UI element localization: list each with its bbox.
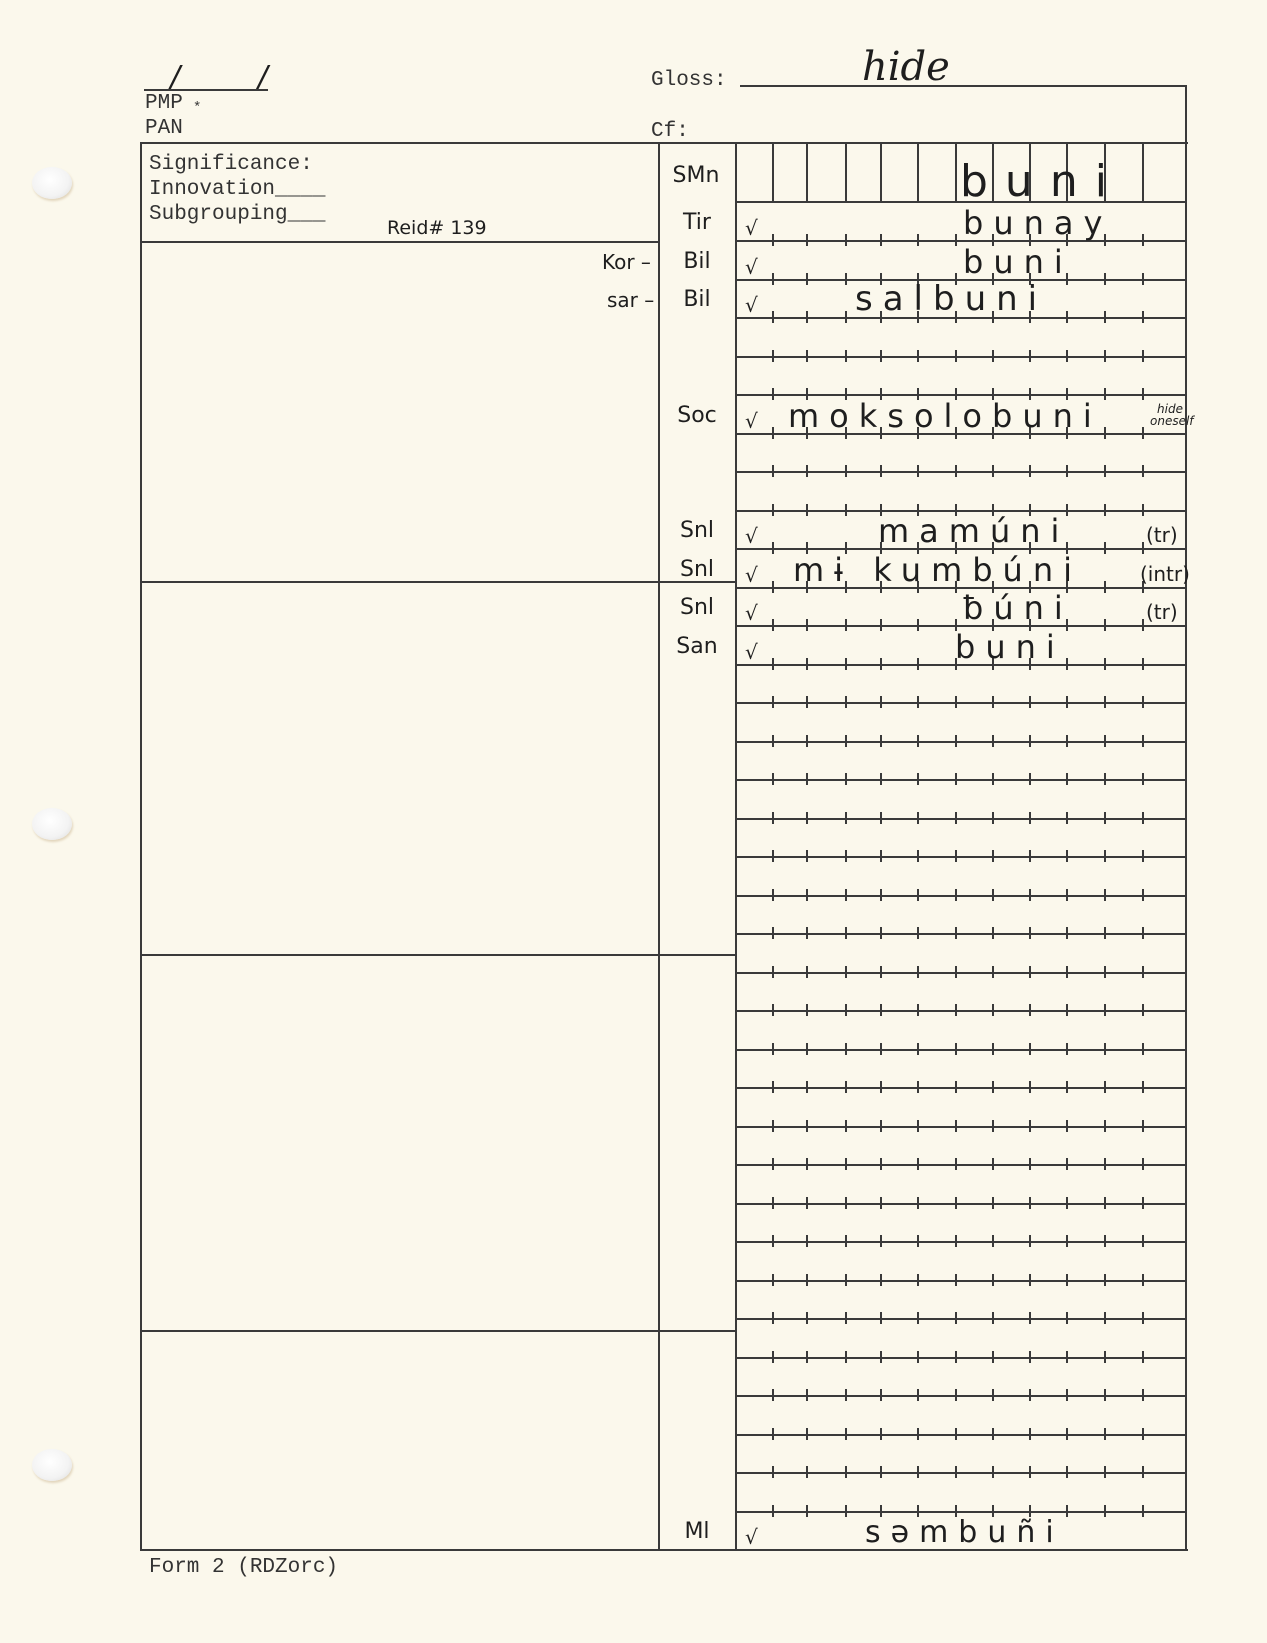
smn-cell-divider bbox=[917, 142, 919, 202]
grid-tick bbox=[917, 889, 919, 901]
grid-tick bbox=[772, 1274, 774, 1286]
grid-tick bbox=[1104, 388, 1106, 400]
grid-tick bbox=[880, 696, 882, 708]
grid-tick bbox=[1142, 1235, 1144, 1247]
grid-tick bbox=[772, 1312, 774, 1324]
grid-tick bbox=[917, 1081, 919, 1093]
grid-tick bbox=[772, 504, 774, 516]
grid-line bbox=[736, 1203, 1186, 1205]
hole-punch-middle bbox=[32, 808, 72, 840]
grid-tick bbox=[917, 735, 919, 747]
grid-tick bbox=[880, 658, 882, 670]
grid-tick bbox=[1029, 1004, 1031, 1016]
grid-line bbox=[736, 625, 1186, 627]
grid-tick bbox=[992, 350, 994, 362]
grid-line bbox=[736, 1049, 1186, 1051]
grid-line bbox=[736, 895, 1186, 897]
grid-tick bbox=[1142, 1004, 1144, 1016]
grid-tick bbox=[1104, 1158, 1106, 1170]
grid-tick bbox=[1142, 1505, 1144, 1517]
form-footer: Form 2 (RDZorc) bbox=[149, 1557, 338, 1578]
grid-line bbox=[736, 1434, 1186, 1436]
grid-tick bbox=[806, 273, 808, 285]
grid-tick bbox=[1029, 966, 1031, 978]
grid-tick bbox=[955, 1081, 957, 1093]
pan-label: PAN bbox=[145, 118, 183, 139]
grid-tick bbox=[1104, 350, 1106, 362]
significance-label: Significance: bbox=[149, 154, 313, 175]
reid-reference: Reid# 139 bbox=[387, 217, 487, 239]
grid-tick bbox=[772, 234, 774, 246]
grid-tick bbox=[806, 504, 808, 516]
grid-tick bbox=[1104, 889, 1106, 901]
grid-tick bbox=[880, 1351, 882, 1363]
grid-tick bbox=[1066, 1389, 1068, 1401]
grid-tick bbox=[1104, 1120, 1106, 1132]
grid-tick bbox=[917, 850, 919, 862]
grid-tick bbox=[1029, 1197, 1031, 1209]
grid-tick bbox=[992, 1312, 994, 1324]
grid-tick bbox=[880, 1120, 882, 1132]
grid-tick bbox=[1142, 773, 1144, 785]
grid-tick bbox=[772, 966, 774, 978]
row-label-language: Tir bbox=[662, 210, 732, 235]
grid-tick bbox=[1104, 619, 1106, 631]
grid-tick bbox=[772, 1389, 774, 1401]
grid-tick bbox=[992, 1428, 994, 1440]
grid-tick bbox=[917, 465, 919, 477]
grid-tick bbox=[772, 850, 774, 862]
grid-tick bbox=[992, 696, 994, 708]
grid-tick bbox=[1142, 1081, 1144, 1093]
grid-tick bbox=[845, 1312, 847, 1324]
grid-tick bbox=[1066, 1235, 1068, 1247]
grid-tick bbox=[845, 966, 847, 978]
grid-tick bbox=[772, 1428, 774, 1440]
grid-line bbox=[736, 240, 1186, 242]
row-label-language: Ml bbox=[662, 1519, 732, 1544]
date-underline bbox=[144, 89, 268, 91]
grid-tick bbox=[1142, 465, 1144, 477]
grid-tick bbox=[1142, 1120, 1144, 1132]
grid-tick bbox=[845, 889, 847, 901]
grid-line bbox=[736, 394, 1186, 396]
grid-tick bbox=[772, 1004, 774, 1016]
label-column-left-border bbox=[658, 142, 660, 1551]
grid-tick bbox=[1029, 465, 1031, 477]
grid-tick bbox=[1104, 1351, 1106, 1363]
grid-tick bbox=[1066, 889, 1068, 901]
grid-tick bbox=[917, 1004, 919, 1016]
grid-tick bbox=[1142, 812, 1144, 824]
grid-tick bbox=[1104, 1043, 1106, 1055]
grid-tick bbox=[917, 1351, 919, 1363]
grid-tick bbox=[917, 927, 919, 939]
row-prefix-dialect: sar – bbox=[607, 288, 654, 312]
grid-tick bbox=[806, 234, 808, 246]
grid-tick bbox=[1104, 1274, 1106, 1286]
grid-tick bbox=[845, 1466, 847, 1478]
grid-tick bbox=[772, 1505, 774, 1517]
grid-tick bbox=[845, 1274, 847, 1286]
grid-tick bbox=[992, 773, 994, 785]
grid-line bbox=[736, 933, 1186, 935]
hole-punch-bottom bbox=[32, 1449, 72, 1481]
grid-tick bbox=[917, 773, 919, 785]
grid-line bbox=[736, 1241, 1186, 1243]
grid-tick bbox=[880, 1158, 882, 1170]
grid-tick bbox=[880, 1004, 882, 1016]
grid-tick bbox=[806, 1351, 808, 1363]
section-divider-2 bbox=[140, 954, 736, 956]
grid-tick bbox=[955, 1351, 957, 1363]
grid-tick bbox=[1029, 1351, 1031, 1363]
grid-tick bbox=[992, 1389, 994, 1401]
grid-tick bbox=[1029, 1235, 1031, 1247]
grid-tick bbox=[1142, 542, 1144, 554]
grid-tick bbox=[806, 1389, 808, 1401]
grid-tick bbox=[880, 234, 882, 246]
grid-tick bbox=[1142, 1428, 1144, 1440]
grid-tick bbox=[1066, 850, 1068, 862]
grid-tick bbox=[1066, 658, 1068, 670]
grid-line bbox=[736, 356, 1186, 358]
reflex-form: ƀúni bbox=[963, 589, 1073, 627]
grid-tick bbox=[845, 465, 847, 477]
grid-tick bbox=[772, 427, 774, 439]
grid-tick bbox=[772, 465, 774, 477]
section-divider-1 bbox=[140, 581, 736, 583]
row-label-language: Bil bbox=[662, 287, 732, 312]
smn-cell-divider bbox=[845, 142, 847, 202]
grid-tick bbox=[845, 1043, 847, 1055]
grid-tick bbox=[992, 1043, 994, 1055]
grid-tick bbox=[772, 658, 774, 670]
grid-tick bbox=[1066, 1312, 1068, 1324]
grid-tick bbox=[917, 1197, 919, 1209]
grid-tick bbox=[1066, 735, 1068, 747]
grid-tick bbox=[1029, 773, 1031, 785]
grid-line bbox=[736, 779, 1186, 781]
grid-tick bbox=[806, 1081, 808, 1093]
grid-tick bbox=[1104, 1197, 1106, 1209]
grid-tick bbox=[1142, 889, 1144, 901]
grid-tick bbox=[1104, 1312, 1106, 1324]
grid-tick bbox=[917, 1235, 919, 1247]
smn-cell-divider bbox=[955, 142, 957, 202]
grid-tick bbox=[880, 1043, 882, 1055]
grid-tick bbox=[1066, 1428, 1068, 1440]
grid-tick bbox=[772, 812, 774, 824]
grid-tick bbox=[955, 465, 957, 477]
grid-tick bbox=[1142, 735, 1144, 747]
row-prefix-dialect: Kor – bbox=[602, 250, 651, 274]
reflex-form: səmbuñi bbox=[865, 1515, 1064, 1550]
grid-tick bbox=[772, 350, 774, 362]
row-label-language: Snl bbox=[662, 595, 732, 620]
grid-tick bbox=[1104, 273, 1106, 285]
grid-tick bbox=[992, 1235, 994, 1247]
grid-tick bbox=[806, 619, 808, 631]
grid-tick bbox=[880, 1312, 882, 1324]
table-top-border bbox=[140, 142, 1188, 144]
grid-tick bbox=[1104, 812, 1106, 824]
grid-tick bbox=[845, 1120, 847, 1132]
grid-tick bbox=[1029, 850, 1031, 862]
grid-tick bbox=[992, 812, 994, 824]
smn-cell-divider bbox=[1142, 142, 1144, 202]
grid-tick bbox=[1142, 1351, 1144, 1363]
pmp-star: * bbox=[193, 101, 201, 115]
smn-cell-divider bbox=[880, 142, 882, 202]
grid-tick bbox=[806, 696, 808, 708]
grid-tick bbox=[992, 966, 994, 978]
grid-tick bbox=[845, 1389, 847, 1401]
row-label-smn: SMn bbox=[661, 163, 731, 188]
grid-tick bbox=[955, 889, 957, 901]
grid-tick bbox=[806, 773, 808, 785]
innovation-label: Innovation____ bbox=[149, 179, 325, 200]
grid-tick bbox=[845, 1004, 847, 1016]
grid-tick bbox=[1104, 1505, 1106, 1517]
grid-tick bbox=[806, 1466, 808, 1478]
grid-tick bbox=[806, 1158, 808, 1170]
section-divider-3 bbox=[140, 1330, 736, 1332]
grid-tick bbox=[1142, 1389, 1144, 1401]
grid-tick bbox=[772, 581, 774, 593]
grid-tick bbox=[1066, 350, 1068, 362]
grid-tick bbox=[1142, 1158, 1144, 1170]
grid-line bbox=[736, 1395, 1186, 1397]
grid-tick bbox=[917, 1120, 919, 1132]
grid-tick bbox=[1104, 311, 1106, 323]
grid-tick bbox=[806, 812, 808, 824]
reflex-form: mamúni bbox=[878, 512, 1069, 550]
grid-tick bbox=[917, 1389, 919, 1401]
grid-tick bbox=[1142, 966, 1144, 978]
grid-tick bbox=[772, 1197, 774, 1209]
grid-tick bbox=[845, 812, 847, 824]
grid-line bbox=[736, 1472, 1186, 1474]
grid-tick bbox=[1066, 1158, 1068, 1170]
grid-tick bbox=[955, 1274, 957, 1286]
grid-tick bbox=[806, 658, 808, 670]
row-label-language: Soc bbox=[662, 403, 732, 428]
grid-tick bbox=[992, 927, 994, 939]
grid-tick bbox=[955, 812, 957, 824]
grid-tick bbox=[1104, 1466, 1106, 1478]
grid-line bbox=[736, 1087, 1186, 1089]
grid-line bbox=[736, 1318, 1186, 1320]
grid-tick bbox=[772, 735, 774, 747]
checkmark: √ bbox=[745, 293, 758, 317]
grid-tick bbox=[1066, 966, 1068, 978]
grid-tick bbox=[1142, 388, 1144, 400]
grid-line bbox=[736, 818, 1186, 820]
grid-line bbox=[736, 471, 1186, 473]
grid-tick bbox=[845, 735, 847, 747]
grid-tick bbox=[1029, 1389, 1031, 1401]
grid-tick bbox=[992, 889, 994, 901]
grid-tick bbox=[1066, 773, 1068, 785]
gloss-value: hide bbox=[862, 44, 950, 90]
grid-tick bbox=[917, 234, 919, 246]
grid-tick bbox=[917, 1274, 919, 1286]
grid-tick bbox=[992, 850, 994, 862]
reflex-form: salbuni bbox=[855, 279, 1047, 319]
grid-tick bbox=[880, 350, 882, 362]
grid-tick bbox=[1029, 812, 1031, 824]
smn-cell-divider bbox=[772, 142, 774, 202]
grid-line bbox=[736, 702, 1186, 704]
grid-tick bbox=[880, 927, 882, 939]
grid-tick bbox=[772, 696, 774, 708]
grid-tick bbox=[806, 1120, 808, 1132]
grid-tick bbox=[806, 1043, 808, 1055]
grid-tick bbox=[1142, 273, 1144, 285]
grid-tick bbox=[917, 812, 919, 824]
hole-punch-top bbox=[32, 167, 72, 199]
reflex-form: mɨ kumbúni bbox=[793, 551, 1082, 589]
grid-tick bbox=[1104, 542, 1106, 554]
grid-tick bbox=[1029, 1158, 1031, 1170]
grid-tick bbox=[955, 966, 957, 978]
reflex-form: bunay bbox=[963, 204, 1112, 242]
grid-tick bbox=[845, 504, 847, 516]
grid-tick bbox=[917, 1158, 919, 1170]
grid-tick bbox=[772, 619, 774, 631]
grid-tick bbox=[1029, 1274, 1031, 1286]
grid-tick bbox=[1104, 1235, 1106, 1247]
grid-line bbox=[736, 972, 1186, 974]
grid-tick bbox=[992, 1274, 994, 1286]
grid-tick bbox=[1104, 1428, 1106, 1440]
checkmark: √ bbox=[745, 255, 758, 279]
gloss-label: Gloss: bbox=[651, 70, 727, 91]
grid-line bbox=[736, 856, 1186, 858]
grid-tick bbox=[1104, 850, 1106, 862]
grid-tick bbox=[955, 927, 957, 939]
grid-tick bbox=[806, 1235, 808, 1247]
grid-tick bbox=[880, 1197, 882, 1209]
checkmark: √ bbox=[745, 409, 758, 433]
grid-tick bbox=[955, 850, 957, 862]
reflex-form: buni bbox=[955, 628, 1065, 666]
grid-tick bbox=[1029, 1466, 1031, 1478]
grid-tick bbox=[772, 1120, 774, 1132]
grid-line bbox=[736, 1164, 1186, 1166]
grid-tick bbox=[1066, 1274, 1068, 1286]
grid-tick bbox=[1029, 1081, 1031, 1093]
grid-tick bbox=[1142, 427, 1144, 439]
grid-tick bbox=[1029, 735, 1031, 747]
grid-tick bbox=[1104, 427, 1106, 439]
grid-tick bbox=[845, 350, 847, 362]
grid-tick bbox=[1142, 850, 1144, 862]
grid-tick bbox=[845, 658, 847, 670]
grid-tick bbox=[1066, 1351, 1068, 1363]
grid-tick bbox=[1142, 1043, 1144, 1055]
grid-tick bbox=[1142, 927, 1144, 939]
grid-tick bbox=[992, 1158, 994, 1170]
grid-tick bbox=[1142, 350, 1144, 362]
grid-line bbox=[736, 1280, 1186, 1282]
grid-tick bbox=[772, 1466, 774, 1478]
grid-tick bbox=[1066, 1004, 1068, 1016]
smn-cell-divider bbox=[806, 142, 808, 202]
grid-tick bbox=[1029, 1043, 1031, 1055]
grid-tick bbox=[1142, 311, 1144, 323]
grid-tick bbox=[806, 735, 808, 747]
grid-tick bbox=[880, 889, 882, 901]
grid-tick bbox=[917, 658, 919, 670]
grid-tick bbox=[955, 1120, 957, 1132]
pmp-label: PMP bbox=[145, 93, 183, 114]
grid-tick bbox=[880, 1235, 882, 1247]
grid-tick bbox=[1104, 1004, 1106, 1016]
grid-tick bbox=[1066, 1081, 1068, 1093]
grid-tick bbox=[880, 1081, 882, 1093]
grid-tick bbox=[955, 1428, 957, 1440]
grid-tick bbox=[1104, 658, 1106, 670]
grid-tick bbox=[806, 311, 808, 323]
cf-label: Cf: bbox=[651, 121, 689, 142]
grid-tick bbox=[955, 1158, 957, 1170]
row-label-language: Snl bbox=[662, 518, 732, 543]
grid-tick bbox=[880, 1428, 882, 1440]
grid-tick bbox=[1104, 1389, 1106, 1401]
grid-tick bbox=[845, 1081, 847, 1093]
grid-line bbox=[736, 1126, 1186, 1128]
grid-tick bbox=[1104, 927, 1106, 939]
row-label-language: San bbox=[662, 634, 732, 659]
grid-tick bbox=[880, 465, 882, 477]
grid-tick bbox=[992, 465, 994, 477]
grid-tick bbox=[955, 1312, 957, 1324]
grid-tick bbox=[880, 812, 882, 824]
grid-tick bbox=[845, 927, 847, 939]
grid-tick bbox=[880, 1466, 882, 1478]
grid-tick bbox=[806, 889, 808, 901]
grid-tick bbox=[1104, 465, 1106, 477]
grid-tick bbox=[955, 1466, 957, 1478]
grid-tick bbox=[845, 1428, 847, 1440]
grid-line bbox=[736, 1010, 1186, 1012]
grid-tick bbox=[806, 1274, 808, 1286]
grid-tick bbox=[1066, 1197, 1068, 1209]
grid-tick bbox=[917, 1043, 919, 1055]
reflex-annotation: hide oneself bbox=[1150, 403, 1190, 427]
table-left-border bbox=[140, 142, 142, 1551]
grid-tick bbox=[1104, 735, 1106, 747]
grid-tick bbox=[955, 1235, 957, 1247]
grid-tick bbox=[806, 1312, 808, 1324]
checkmark: √ bbox=[745, 601, 758, 625]
grid-tick bbox=[772, 1081, 774, 1093]
grid-tick bbox=[880, 619, 882, 631]
grid-tick bbox=[845, 311, 847, 323]
grid-tick bbox=[1142, 696, 1144, 708]
checkmark: √ bbox=[745, 563, 758, 587]
grid-tick bbox=[772, 927, 774, 939]
grid-tick bbox=[806, 966, 808, 978]
row-label-language: Bil bbox=[662, 249, 732, 274]
grid-tick bbox=[1142, 1274, 1144, 1286]
grid-tick bbox=[1104, 1081, 1106, 1093]
grid-tick bbox=[1142, 504, 1144, 516]
reflex-annotation: (tr) bbox=[1146, 523, 1178, 547]
grid-tick bbox=[845, 1235, 847, 1247]
